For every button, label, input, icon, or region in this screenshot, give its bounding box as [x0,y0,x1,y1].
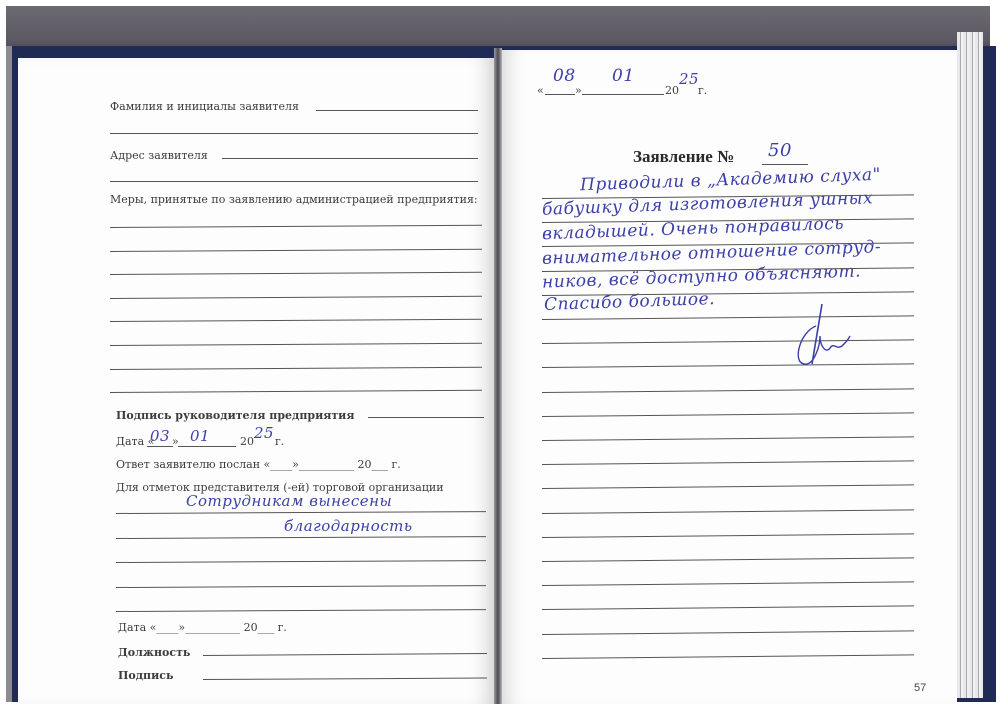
statement-date-year[interactable]: 25 [679,70,699,88]
statement-date-year-prefix: 20 [665,84,679,97]
date1-month[interactable]: 01 [190,427,210,445]
manager-signature-field[interactable] [368,417,484,418]
statement-title: Заявление № [633,147,734,167]
page-edges [957,32,983,698]
statement-date-month[interactable]: 01 [612,66,635,86]
statement-number[interactable]: 50 [768,140,792,161]
book-spine [494,48,502,704]
statement-date-day-line [545,94,575,95]
applicant-name-label: Фамилия и инициалы заявителя [110,100,299,113]
date2-label: Дата «____»__________ 20___ г. [118,621,287,634]
statement-date-open: « [537,84,544,97]
statement-date-day[interactable]: 08 [553,66,576,86]
date1-day[interactable]: 03 [150,427,170,445]
reply-sent-label: Ответ заявителю послан «____»__________ … [116,458,401,471]
measures-label: Меры, принятые по заявлению администраци… [110,193,478,206]
applicant-name-field[interactable] [316,110,478,111]
applicant-address-label: Адрес заявителя [110,149,208,162]
date1-year-prefix: 20 [240,435,254,448]
org-rep-note-line1[interactable]: Сотрудникам вынесены [186,492,392,510]
org-rep-note-line2[interactable]: благодарность [284,517,413,535]
date1-suffix: г. [275,435,284,448]
statement-date-close: » [575,84,582,97]
statement-number-line [762,164,808,165]
position-label: Должность [118,646,190,659]
date1-month-line [178,446,236,447]
signature-label: Подпись [118,669,173,682]
applicant-address-field[interactable] [222,158,478,159]
signature-mark [790,302,860,372]
manager-signature-label: Подпись руководителя предприятия [116,409,354,422]
applicant-address-field-line2[interactable] [110,181,478,182]
applicant-name-field-line2[interactable] [110,133,478,134]
date1-day-line [147,446,173,447]
left-page [18,58,496,704]
date1-year[interactable]: 25 [254,424,274,442]
statement-date-month-line [582,94,664,95]
page-number: 57 [914,682,926,694]
statement-date-suffix: г. [698,84,707,97]
